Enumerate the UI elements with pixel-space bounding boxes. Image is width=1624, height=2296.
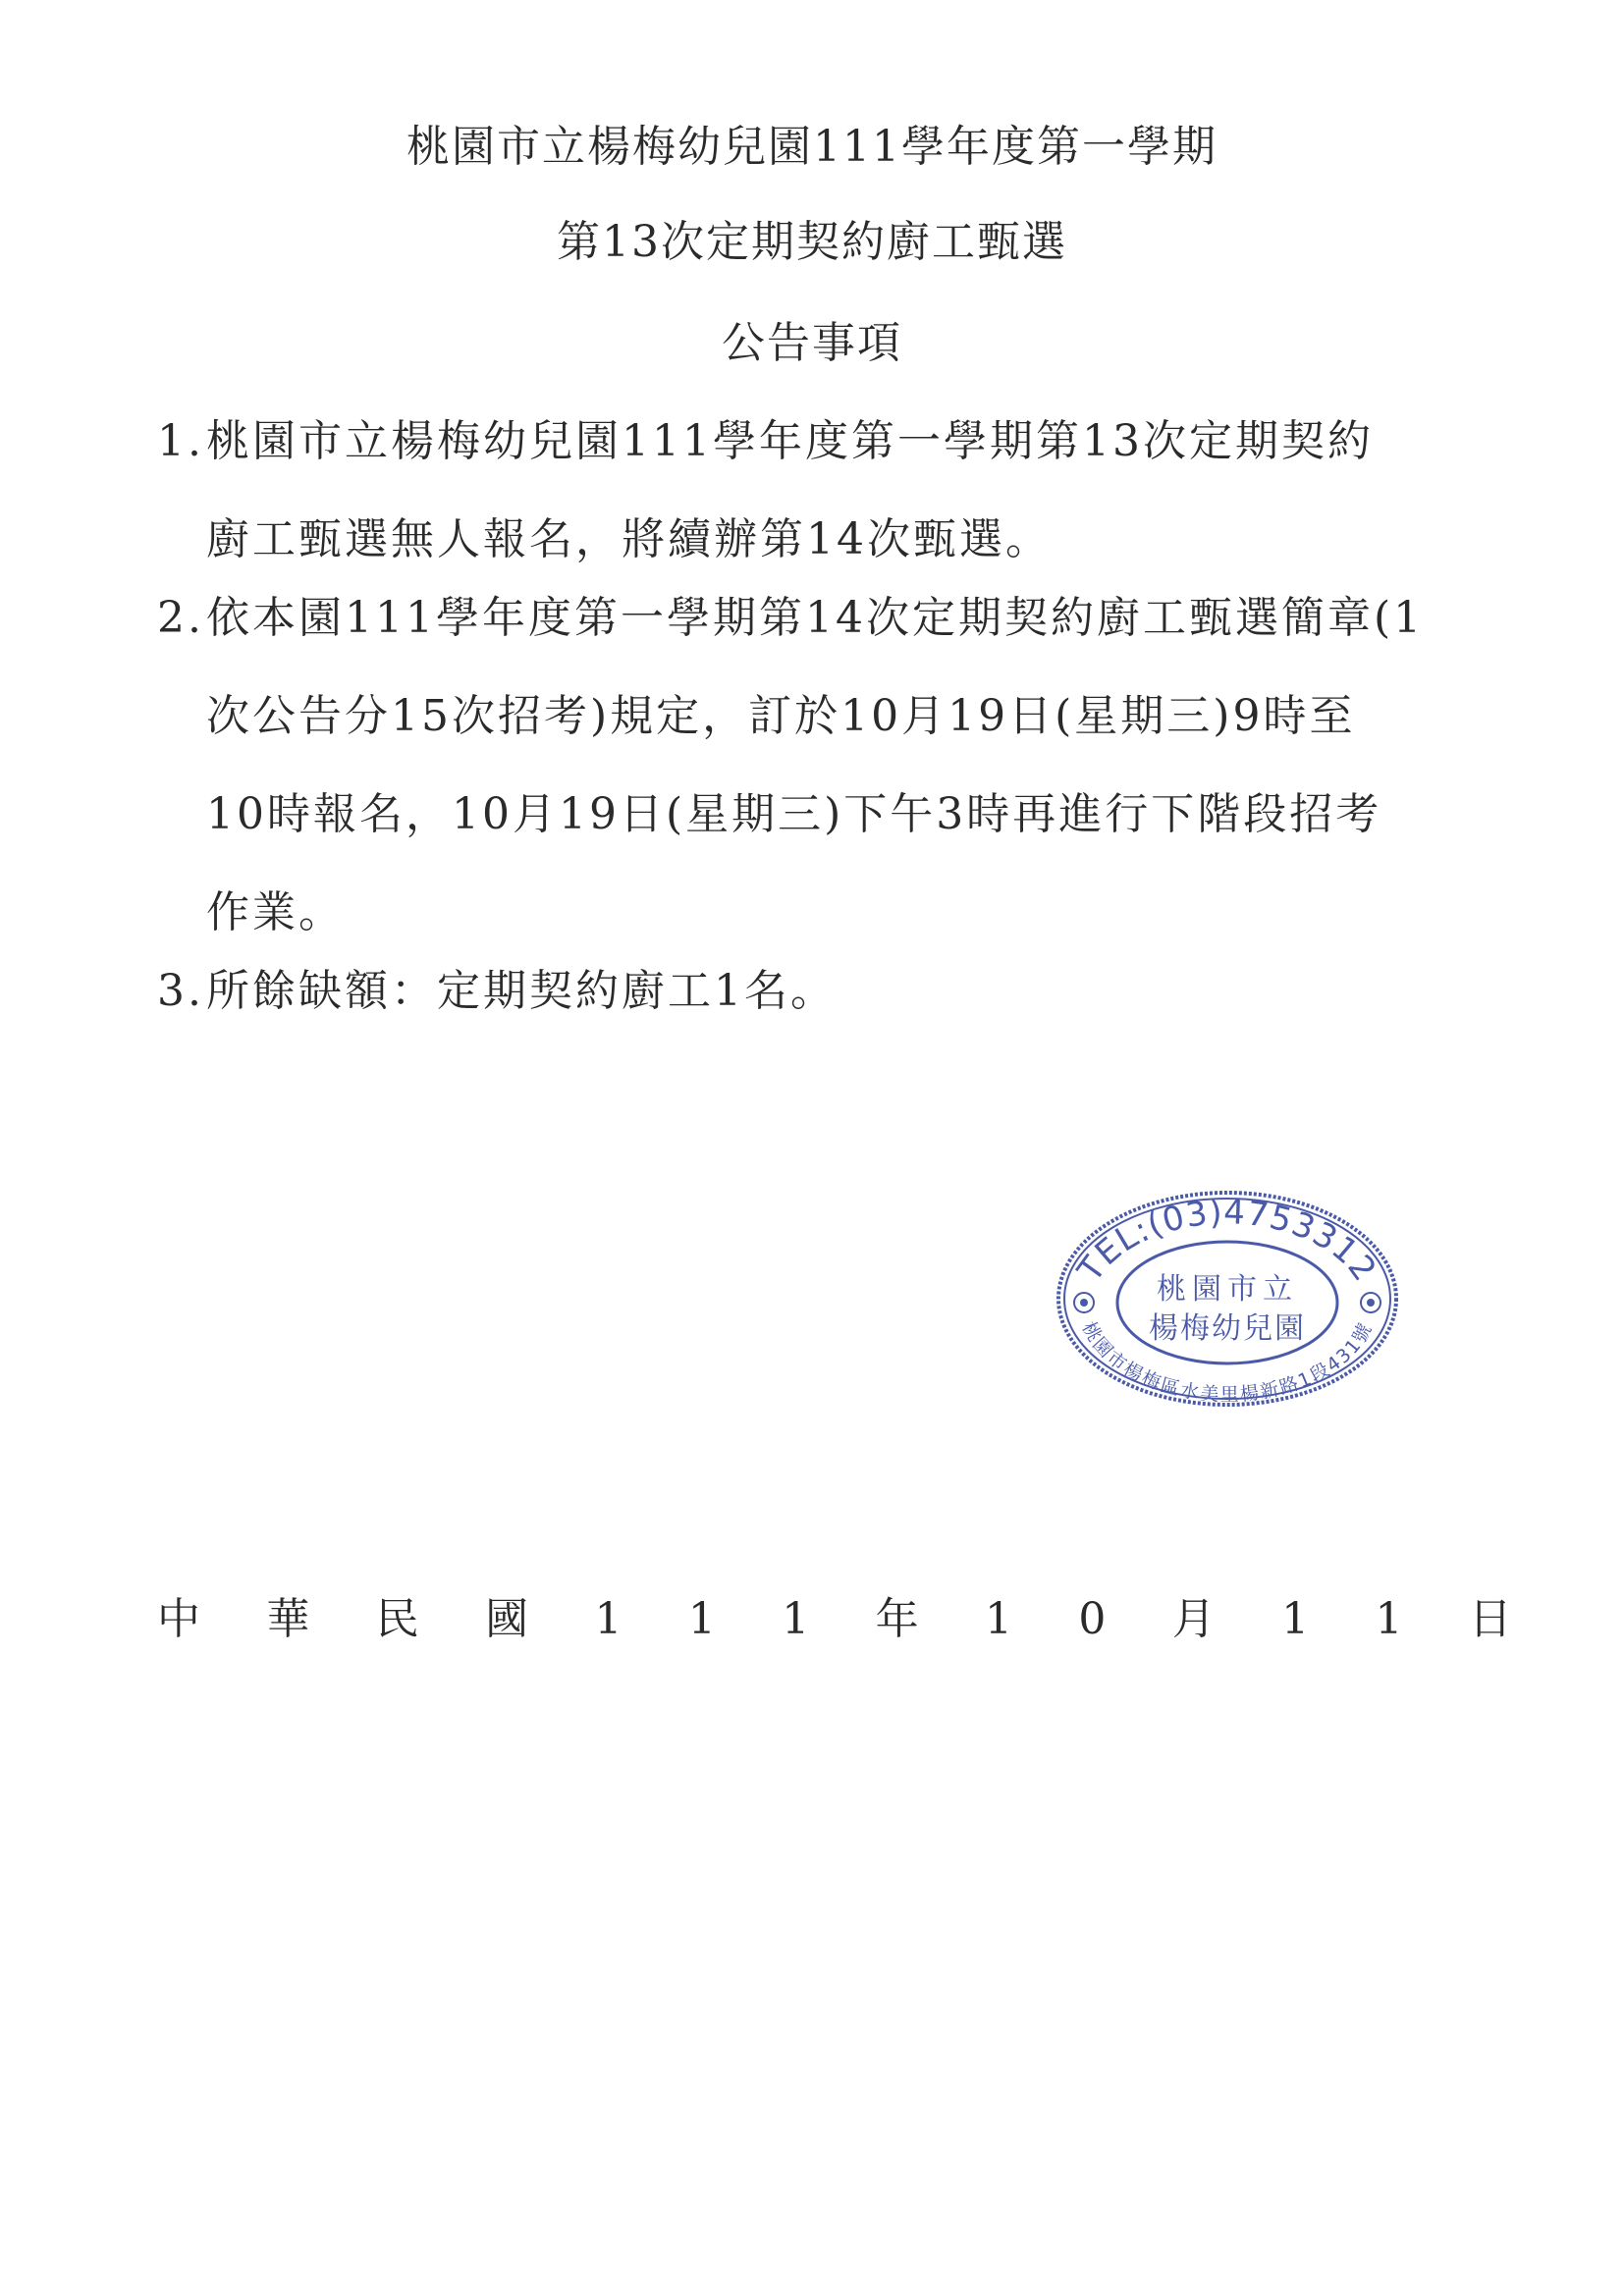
official-seal-stamp: TEL:(03)4753312 桃園市楊梅區水美里楊新路1段431號 桃園市立 …: [1051, 1183, 1404, 1409]
date-char: 1: [1376, 1590, 1403, 1649]
item-number: 1.: [157, 393, 204, 491]
date-char: 國: [485, 1590, 528, 1649]
date-char: 1: [595, 1590, 623, 1649]
document-title: 桃園市立楊梅幼兒園111學年度第一學期: [0, 118, 1624, 177]
announcement-item-1: 1. 桃園市立楊梅幼兒園111學年度第一學期第13次定期契約 廚工甄選無人報名，…: [157, 393, 1512, 589]
date-char: 中: [157, 1590, 200, 1649]
date-char: 0: [1078, 1590, 1106, 1649]
document-subtitle: 第13次定期契約廚工甄選: [0, 213, 1624, 272]
stamp-name-line2: 楊梅幼兒園: [1149, 1311, 1306, 1346]
item-number: 3.: [157, 942, 204, 1041]
date-char: 民: [376, 1590, 419, 1649]
date-char: 1: [985, 1590, 1012, 1649]
announcement-item-2: 2. 依本園111學年度第一學期第14次定期契約廚工甄選簡章(1 次公告分15次…: [157, 569, 1512, 962]
item-text-line: 10時報名，10月19日(星期三)下午3時再進行下階段招考: [206, 766, 1512, 864]
date-char: 1: [1281, 1590, 1309, 1649]
stamp-name-line1: 桃園市立: [1157, 1272, 1298, 1307]
item-text-line: 所餘缺額：定期契約廚工1名。: [206, 942, 1512, 1041]
date-char: 1: [688, 1590, 716, 1649]
announcement-item-3: 3. 所餘缺額：定期契約廚工1名。: [157, 942, 1512, 1041]
seal-icon: TEL:(03)4753312 桃園市楊梅區水美里楊新路1段431號 桃園市立 …: [1051, 1183, 1404, 1409]
item-number: 2.: [157, 569, 204, 667]
date-char: 華: [266, 1590, 309, 1649]
date-char: 日: [1469, 1590, 1512, 1649]
plum-blossom-icon-left: [1074, 1293, 1094, 1312]
announcement-heading: 公告事項: [0, 314, 1624, 373]
item-text-line: 桃園市立楊梅幼兒園111學年度第一學期第13次定期契約: [206, 393, 1512, 491]
date-char: 月: [1172, 1590, 1216, 1649]
date-char: 1: [782, 1590, 809, 1649]
announcement-list: 1. 桃園市立楊梅幼兒園111學年度第一學期第13次定期契約 廚工甄選無人報名，…: [157, 412, 1512, 1041]
date-char: 年: [876, 1590, 919, 1649]
document-date: 中 華 民 國 1 1 1 年 1 0 月 1 1 日: [157, 1590, 1512, 1649]
item-text-line: 次公告分15次招考)規定，訂於10月19日(星期三)9時至: [206, 667, 1512, 766]
item-text-line: 依本園111學年度第一學期第14次定期契約廚工甄選簡章(1: [206, 569, 1512, 667]
plum-blossom-icon-right: [1361, 1293, 1380, 1312]
